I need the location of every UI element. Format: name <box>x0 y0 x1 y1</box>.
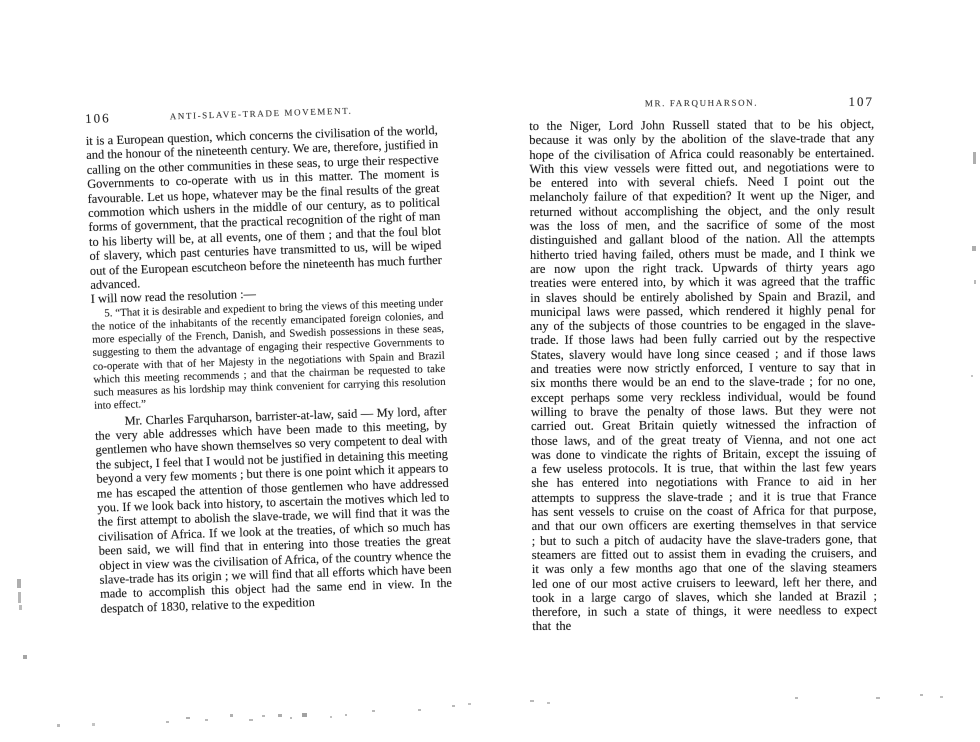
scan-artifact <box>795 697 798 699</box>
right-page: MR. FARQUHARSON. 107 to the Niger, Lord … <box>529 97 877 634</box>
resolution-text: 5. “That it is desirable and expedient t… <box>91 297 446 414</box>
scan-artifact <box>57 724 60 727</box>
scan-artifact <box>547 702 550 704</box>
scan-artifact <box>92 723 95 726</box>
right-page-number: 107 <box>848 94 874 110</box>
scan-artifact <box>290 717 292 719</box>
scan-artifact <box>973 152 976 164</box>
scan-artifact <box>19 605 22 610</box>
scan-artifact <box>940 696 943 698</box>
scan-artifact <box>230 714 233 717</box>
scan-artifact <box>23 655 27 659</box>
scan-artifact <box>530 700 534 702</box>
scan-artifact <box>17 579 21 588</box>
scan-artifact <box>278 714 282 717</box>
scan-artifact <box>876 697 880 699</box>
scan-artifact <box>166 721 169 723</box>
left-body-paragraph: it is a European question, which concern… <box>86 123 443 292</box>
scan-artifact <box>205 719 208 721</box>
left-running-head: ANTI-SLAVE-TRADE MOVEMENT. <box>85 103 437 124</box>
scan-artifact <box>330 716 332 718</box>
scan-artifact <box>972 246 976 251</box>
scan-artifact <box>262 715 265 717</box>
scan-artifact <box>418 709 421 711</box>
scanned-book-spread: { "left_page": { "page_number": "106", "… <box>0 0 980 742</box>
scan-artifact <box>452 705 455 707</box>
scan-artifact <box>18 592 21 603</box>
scan-artifact <box>302 713 307 717</box>
left-page: 106 ANTI-SLAVE-TRADE MOVEMENT. it is a E… <box>85 103 453 616</box>
right-running-head: MR. FARQUHARSON. <box>529 97 874 109</box>
right-body-paragraph: to the Niger, Lord John Russell stated t… <box>529 117 877 634</box>
scan-artifact <box>345 714 347 716</box>
scan-artifact <box>920 694 923 696</box>
scan-artifact <box>971 375 973 377</box>
scan-artifact <box>186 717 190 719</box>
farquharson-speech-paragraph: Mr. Charles Farquharson, barrister-at-la… <box>94 403 452 616</box>
scan-artifact <box>974 280 976 284</box>
right-page-header: MR. FARQUHARSON. 107 <box>529 97 874 115</box>
scan-artifact <box>468 703 471 705</box>
scan-artifact <box>372 710 375 712</box>
scan-artifact <box>249 719 253 721</box>
